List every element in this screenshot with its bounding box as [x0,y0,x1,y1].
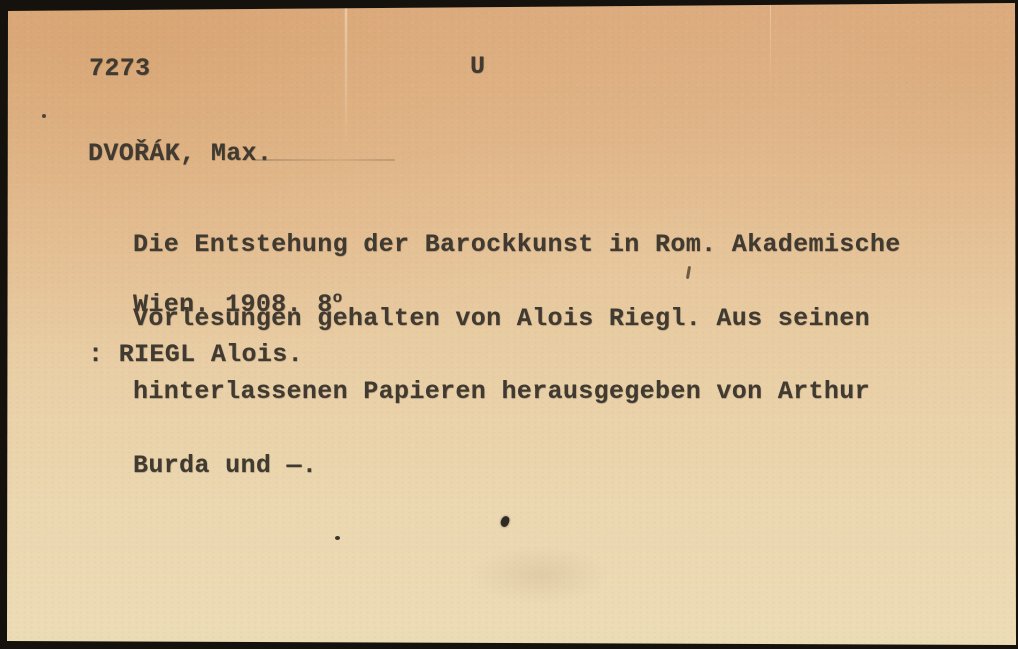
ink-speck [42,114,46,118]
faint-pencil-line [255,159,395,161]
section-letter: U [470,55,485,80]
ink-speck-bottom [335,536,340,540]
paper-crease [345,8,347,158]
title-line: Burda und —. [133,454,901,479]
paper-crease-faint [770,4,771,94]
title-line: Die Entstehung der Barockkunst in Rom. A… [133,233,901,258]
author-heading: DVOŘÁK, Max. [88,142,272,167]
imprint-line: Wien. 1908. 8o [133,293,342,320]
cross-reference: : RIEGL Alois. [88,343,303,368]
title-line: hinterlassenen Papieren herausgegeben vo… [133,380,901,405]
scanned-catalog-card: 7273 U DVOŘÁK, Max. Die Entstehung der B… [0,0,1018,649]
format-superscript: o [333,286,343,311]
index-card-paper: 7273 U DVOŘÁK, Max. Die Entstehung der B… [0,0,1018,649]
imprint-text: Wien. 1908. 8 [133,290,333,319]
call-number: 7273 [89,57,150,82]
paper-smudge [470,545,610,605]
